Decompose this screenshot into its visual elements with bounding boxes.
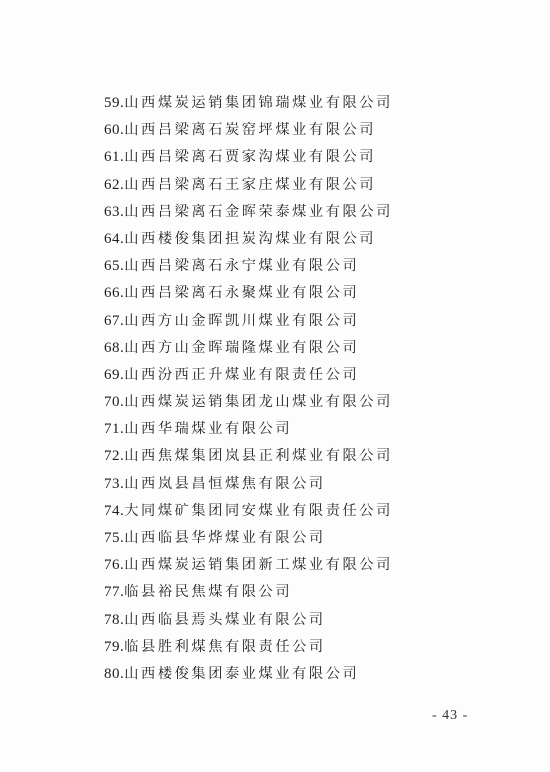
document-page: 59.山西煤炭运销集团锦瑞煤业有限公司 60.山西吕梁离石炭窑坪煤业有限公司 6… [0,0,550,772]
item-text: 临县胜利煤焦有限责任公司 [124,639,325,655]
item-text: 山西煤炭运销集团新工煤业有限公司 [124,557,393,573]
item-number: 71. [104,421,124,437]
list-item: 74.大同煤矿集团同安煤业有限责任公司 [104,498,393,525]
list-item: 59.山西煤炭运销集团锦瑞煤业有限公司 [104,90,393,117]
list-item: 66.山西吕梁离石永聚煤业有限公司 [104,280,393,307]
item-number: 75. [104,530,124,546]
list-item: 65.山西吕梁离石永宁煤业有限公司 [104,253,393,280]
list-item: 67.山西方山金晖凯川煤业有限公司 [104,308,393,335]
item-number: 62. [104,177,124,193]
list-item: 71.山西华瑞煤业有限公司 [104,416,393,443]
item-number: 74. [104,503,124,519]
item-text: 山西吕梁离石金晖荣泰煤业有限公司 [124,204,393,220]
list-item: 64.山西楼俊集团担炭沟煤业有限公司 [104,226,393,253]
item-number: 80. [104,666,124,682]
item-text: 山西吕梁离石永聚煤业有限公司 [124,285,359,301]
list-item: 60.山西吕梁离石炭窑坪煤业有限公司 [104,117,393,144]
item-text: 山西华瑞煤业有限公司 [124,421,292,437]
list-item: 69.山西汾西正升煤业有限责任公司 [104,362,393,389]
item-text: 山西吕梁离石炭窑坪煤业有限公司 [124,122,376,138]
item-number: 69. [104,367,124,383]
item-text: 山西楼俊集团泰业煤业有限公司 [124,666,359,682]
item-number: 76. [104,557,124,573]
item-text: 山西焦煤集团岚县正利煤业有限公司 [124,448,393,464]
list-item: 70.山西煤炭运销集团龙山煤业有限公司 [104,389,393,416]
item-text: 山西岚县昌恒煤焦有限公司 [124,476,325,492]
item-number: 72. [104,448,124,464]
item-text: 山西煤炭运销集团龙山煤业有限公司 [124,394,393,410]
item-text: 山西吕梁离石永宁煤业有限公司 [124,258,359,274]
item-text: 山西临县华烨煤业有限公司 [124,530,325,546]
list-item: 77.临县裕民焦煤有限公司 [104,579,393,606]
list-item: 76.山西煤炭运销集团新工煤业有限公司 [104,552,393,579]
item-number: 77. [104,584,124,600]
item-number: 64. [104,231,124,247]
item-text: 山西煤炭运销集团锦瑞煤业有限公司 [124,95,393,111]
item-number: 67. [104,313,124,329]
list-item: 78.山西临县焉头煤业有限公司 [104,607,393,634]
item-number: 63. [104,204,124,220]
list-item: 75.山西临县华烨煤业有限公司 [104,525,393,552]
item-text: 大同煤矿集团同安煤业有限责任公司 [124,503,393,519]
item-text: 山西方山金晖凯川煤业有限公司 [124,313,359,329]
item-number: 59. [104,95,124,111]
list-item: 68.山西方山金晖瑞隆煤业有限公司 [104,335,393,362]
item-number: 68. [104,340,124,356]
item-text: 山西吕梁离石贾家沟煤业有限公司 [124,149,376,165]
item-number: 66. [104,285,124,301]
item-number: 78. [104,612,124,628]
list-item: 72.山西焦煤集团岚县正利煤业有限公司 [104,443,393,470]
list-item: 80.山西楼俊集团泰业煤业有限公司 [104,661,393,688]
item-text: 山西吕梁离石王家庄煤业有限公司 [124,177,376,193]
page-number: - 43 - [432,708,468,724]
list-item: 63.山西吕梁离石金晖荣泰煤业有限公司 [104,199,393,226]
item-number: 61. [104,149,124,165]
item-text: 山西楼俊集团担炭沟煤业有限公司 [124,231,376,247]
item-number: 73. [104,476,124,492]
list-item: 61.山西吕梁离石贾家沟煤业有限公司 [104,144,393,171]
item-text: 山西方山金晖瑞隆煤业有限公司 [124,340,359,356]
item-text: 临县裕民焦煤有限公司 [124,584,292,600]
item-number: 79. [104,639,124,655]
company-list: 59.山西煤炭运销集团锦瑞煤业有限公司 60.山西吕梁离石炭窑坪煤业有限公司 6… [104,90,393,688]
list-item: 79.临县胜利煤焦有限责任公司 [104,634,393,661]
list-item: 73.山西岚县昌恒煤焦有限公司 [104,471,393,498]
item-text: 山西临县焉头煤业有限公司 [124,612,325,628]
item-text: 山西汾西正升煤业有限责任公司 [124,367,359,383]
item-number: 70. [104,394,124,410]
item-number: 65. [104,258,124,274]
item-number: 60. [104,122,124,138]
list-item: 62.山西吕梁离石王家庄煤业有限公司 [104,172,393,199]
